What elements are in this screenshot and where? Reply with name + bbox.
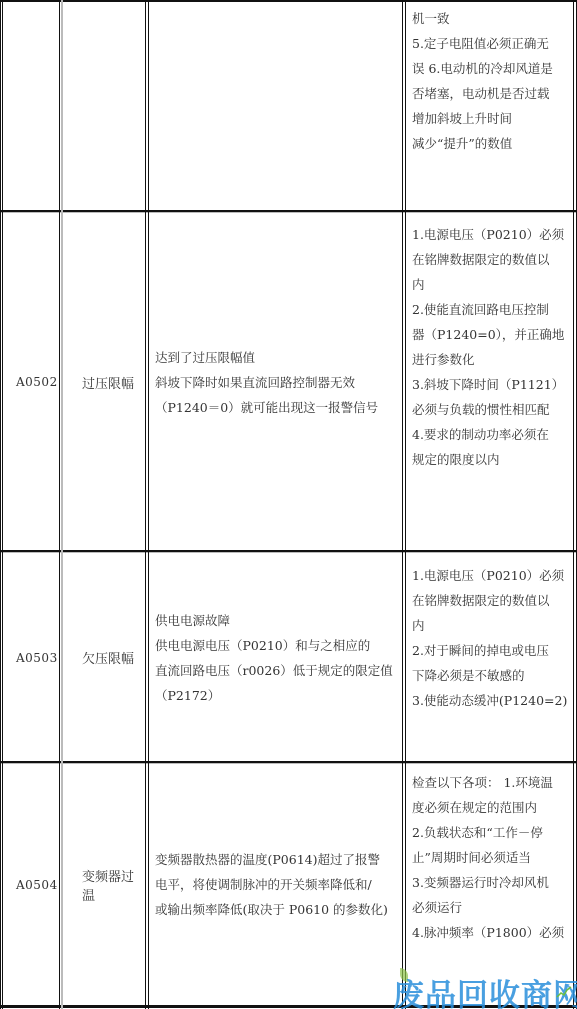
name-cell (64, 0, 146, 211)
row-divider-shadow (0, 552, 577, 553)
remedy-line: 误 6.电动机的冷却风道是 (412, 56, 574, 81)
alarm-name: 欠压限幅 (82, 648, 134, 667)
remedy-line: 增加斜坡上升时间 (412, 106, 574, 131)
remedy-line: 3.使能动态缓冲(P1240=2) (412, 688, 574, 713)
column-divider (402, 0, 406, 1009)
remedy-line: 3.变频器运行时冷却风机 (412, 870, 574, 895)
alarm-code: A0503 (16, 651, 58, 665)
table-row: A0504 变频器过温 变频器散热器的温度(P0614)超过了报警 电平，将使调… (0, 764, 577, 1005)
remedy-line: 必须与负载的惯性相匹配 (412, 397, 574, 422)
remedy-line: 规定的限度以内 (412, 447, 574, 472)
name-cell: 变频器过温 (64, 764, 146, 1005)
remedy-line: 2.使能直流回路电压控制 (412, 297, 574, 322)
column-divider (145, 0, 149, 1009)
remedy-line: 1.电源电压（P0210）必须 (412, 563, 574, 588)
remedy-line: 2.负载状态和“工作－停 (412, 820, 574, 845)
table-right-border (573, 0, 577, 1009)
remedy-line: 下降必须是不敏感的 (412, 663, 574, 688)
remedy-line: 减少“提升”的数值 (412, 131, 574, 156)
remedy-cell: 1.电源电压（P0210）必须 在铭牌数据限定的数值以 内 2.对于瞬间的掉电或… (406, 553, 574, 762)
code-cell: A0502 (3, 213, 61, 551)
remedy-line: 4.脉冲频率（P1800）必须 (412, 920, 574, 945)
remedy-line: 检查以下各项： 1.环境温 (412, 770, 574, 795)
column-divider (59, 0, 63, 1009)
cause-line: 斜坡下降时如果直流回路控制器无效 (155, 370, 403, 395)
remedy-line: 5.定子电阻值必须正确无 (412, 31, 574, 56)
remedy-line: 1.电源电压（P0210）必须 (412, 222, 574, 247)
alarm-code: A0502 (16, 375, 58, 389)
name-cell: 欠压限幅 (64, 553, 146, 762)
remedy-line: 3.斜坡下降时间（P1121） (412, 372, 574, 397)
cause-line: （P2172） (155, 683, 403, 708)
code-cell: A0503 (3, 553, 61, 762)
cause-line: 变频器散热器的温度(P0614)超过了报警 (155, 847, 403, 872)
remedy-line: 在铭牌数据限定的数值以 (412, 247, 574, 272)
alarm-table: 机一致 5.定子电阻值必须正确无 误 6.电动机的冷却风道是 否堵塞，电动机是否… (0, 0, 577, 1009)
remedy-line: 进行参数化 (412, 347, 574, 372)
code-cell: A0504 (3, 764, 61, 1005)
cause-line: 供电电源电压（P0210）和与之相应的 (155, 633, 403, 658)
remedy-line: 必须运行 (412, 895, 574, 920)
table-left-border (0, 0, 3, 1009)
remedy-cell: 1.电源电压（P0210）必须 在铭牌数据限定的数值以 内 2.使能直流回路电压… (406, 213, 574, 551)
remedy-line: 否堵塞，电动机是否过载 (412, 81, 574, 106)
remedy-cell: 检查以下各项： 1.环境温 度必须在规定的范围内 2.负载状态和“工作－停 止”… (406, 764, 574, 1005)
watermark-text: 废品回收商网 (393, 970, 577, 1006)
cause-line: 达到了过压限幅值 (155, 345, 403, 370)
code-cell (3, 0, 61, 211)
row-divider-shadow (0, 212, 577, 213)
remedy-line: 度必须在规定的范围内 (412, 795, 574, 820)
remedy-line: 内 (412, 613, 574, 638)
name-cell: 过压限幅 (64, 213, 146, 551)
remedy-line: 在铭牌数据限定的数值以 (412, 588, 574, 613)
remedy-cell: 机一致 5.定子电阻值必须正确无 误 6.电动机的冷却风道是 否堵塞，电动机是否… (406, 0, 574, 211)
cause-cell (149, 0, 403, 211)
watermark-chart-icon (556, 985, 572, 999)
cause-line: 供电电源故障 (155, 608, 403, 633)
remedy-line: 4.要求的制动功率必须在 (412, 422, 574, 447)
remedy-line: 内 (412, 272, 574, 297)
remedy-line: 器（P1240=0），并正确地 (412, 322, 574, 347)
remedy-line: 机一致 (412, 6, 574, 31)
table-row: A0503 欠压限幅 供电电源故障 供电电源电压（P0210）和与之相应的 直流… (0, 553, 577, 762)
table-row: A0502 过压限幅 达到了过压限幅值 斜坡下降时如果直流回路控制器无效 （P1… (0, 213, 577, 551)
cause-cell: 达到了过压限幅值 斜坡下降时如果直流回路控制器无效 （P1240＝0）就可能出现… (149, 213, 403, 551)
remedy-line: 止”周期时间必须适当 (412, 845, 574, 870)
alarm-name: 过压限幅 (82, 373, 134, 392)
remedy-line: 2.对于瞬间的掉电或电压 (412, 638, 574, 663)
cause-line: （P1240＝0）就可能出现这一报警信号 (155, 395, 403, 420)
cause-line: 或输出频率降低(取决于 P0610 的参数化) (155, 897, 403, 922)
row-divider-shadow (0, 763, 577, 764)
table-row: 机一致 5.定子电阻值必须正确无 误 6.电动机的冷却风道是 否堵塞，电动机是否… (0, 0, 577, 211)
cause-cell: 供电电源故障 供电电源电压（P0210）和与之相应的 直流回路电压（r0026）… (149, 553, 403, 762)
table-top-border (0, 0, 577, 2)
cause-line: 电平，将使调制脉冲的开关频率降低和/ (155, 872, 403, 897)
cause-line: 直流回路电压（r0026）低于规定的限定值 (155, 658, 403, 683)
cause-cell: 变频器散热器的温度(P0614)超过了报警 电平，将使调制脉冲的开关频率降低和/… (149, 764, 403, 1005)
alarm-name: 变频器过温 (82, 866, 146, 904)
alarm-code: A0504 (16, 878, 58, 892)
